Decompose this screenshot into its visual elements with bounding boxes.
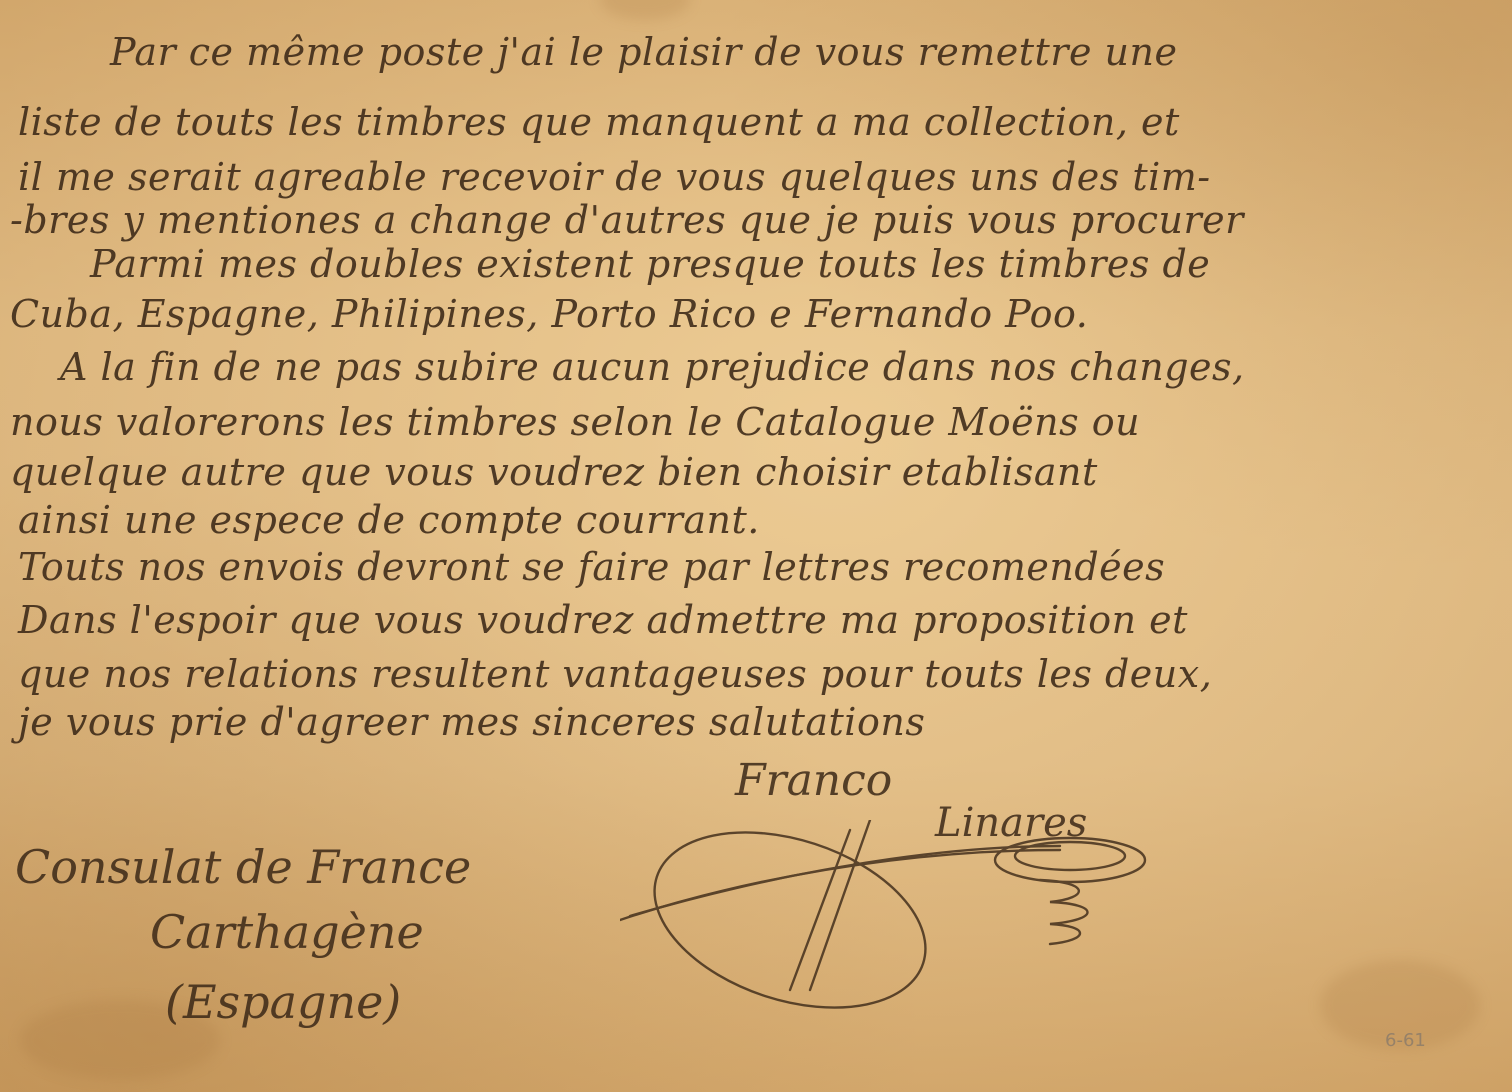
body-line-9: quelque autre que vous voudrez bien choi…	[10, 450, 1098, 494]
body-line-1: Par ce même poste j'ai le plaisir de vou…	[110, 30, 1177, 74]
signature-paraph-icon	[620, 820, 1260, 1060]
paper-stain	[600, 0, 690, 20]
letter-page: Par ce même poste j'ai le plaisir de vou…	[0, 0, 1512, 1092]
body-line-5: Parmi mes doubles existent presque touts…	[90, 242, 1210, 286]
signature-first-name: Franco	[735, 755, 892, 806]
body-line-6: Cuba, Espagne, Philipines, Porto Rico e …	[10, 292, 1088, 336]
body-line-7: A la fin de ne pas subire aucun prejudic…	[60, 345, 1245, 389]
body-line-3: il me serait agreable recevoir de vous q…	[18, 155, 1211, 199]
body-line-10: ainsi une espece de compte courrant.	[18, 498, 760, 542]
address-line-2: Carthagène	[150, 905, 424, 959]
body-line-8: nous valorerons les timbres selon le Cat…	[10, 400, 1140, 444]
body-line-11: Touts nos envois devront se faire par le…	[18, 545, 1165, 589]
body-line-12: Dans l'espoir que vous voudrez admettre …	[18, 598, 1188, 642]
address-line-1: Consulat de France	[15, 840, 471, 894]
body-line-14: je vous prie d'agreer mes sinceres salut…	[18, 700, 925, 744]
address-line-3: (Espagne)	[165, 975, 401, 1029]
body-line-2: liste de touts les timbres que manquent …	[18, 100, 1180, 144]
body-line-13: que nos relations resultent vantageuses …	[18, 652, 1212, 696]
body-line-4: -bres y mentiones a change d'autres que …	[10, 198, 1244, 242]
pencil-annotation: 6-61	[1385, 1030, 1426, 1051]
